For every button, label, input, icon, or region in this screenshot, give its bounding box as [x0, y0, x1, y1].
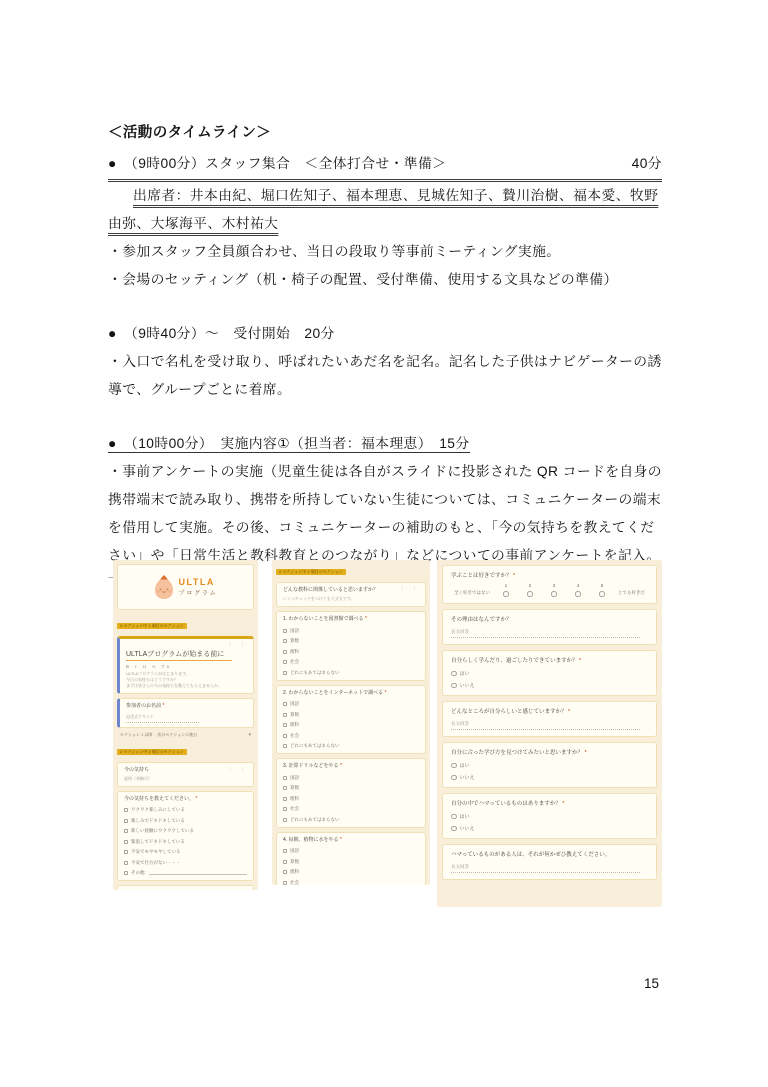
checkbox-option-row: 楽しみでドキドキしている — [124, 818, 247, 824]
scale-step: 2 — [518, 583, 542, 597]
timeline-heading: ＜活動のタイムライン＞ — [108, 121, 662, 145]
checkbox-icon — [124, 871, 128, 875]
checkbox-icon — [283, 639, 287, 643]
radio-icon — [451, 683, 457, 689]
checkbox-icon — [283, 786, 287, 790]
required-mark: * — [513, 573, 515, 579]
checkbox-icon — [124, 819, 128, 823]
page-number: 15 — [644, 976, 659, 991]
question-title: どんなところが自分らしいと感じていますか？ * — [451, 708, 648, 716]
scale-right-label: とても好きだ — [616, 590, 647, 596]
checkbox-icon — [283, 881, 287, 885]
checkbox-option-row: 社会 — [283, 880, 419, 886]
checkbox-icon — [283, 723, 287, 727]
checkbox-option-row-other: その他: — [124, 870, 247, 876]
checkbox-icon — [124, 808, 128, 812]
section-title: どんな教科に関係していると思いますか？ — [283, 587, 419, 594]
section3-title: ● （10時00分） 実施内容①（担当者：福本理恵） 15分 — [108, 436, 470, 453]
radio-icon — [599, 591, 605, 597]
section1-bullet-2: ・会場のセッティング（机・椅子の配置、受付準備、使用する文具などの準備） — [108, 266, 662, 294]
question-title: 3. 計算ドリルなどをやる * — [283, 763, 419, 770]
checkbox-icon — [283, 860, 287, 864]
radio-icon — [451, 763, 457, 769]
form-title: ULTLAプログラムが始まる前に — [126, 650, 232, 661]
checkbox-option-row: どれにもあてはまらない — [283, 817, 419, 823]
question-title: 1. わからないことを図書館で調べる * — [283, 616, 419, 623]
section-tag: 2 セクション中 1 個目のセクション — [117, 623, 187, 629]
checkbox-icon — [283, 671, 287, 675]
question-title: 参加者のお名前 * — [126, 703, 247, 710]
subject-question-card: 4. 毎朝、植物に水をやる * 国語 算数 理科 社会 どれにもあてはまらない — [276, 832, 426, 886]
radio-option-row: はい — [451, 763, 648, 769]
radio-option-row: いいえ — [451, 683, 648, 689]
checkbox-icon — [283, 818, 287, 822]
required-mark: * — [585, 750, 587, 756]
brand-name: ULTLA — [179, 577, 218, 587]
text-format-toolbar: B I U ∞ Tx — [126, 664, 247, 669]
required-mark: * — [562, 801, 564, 807]
radio-icon — [451, 775, 457, 781]
checkbox-icon — [283, 713, 287, 717]
yesno-question-card: 自分に合った学び方を見つけてみたいと思いますか？ * はい いいえ — [442, 742, 657, 788]
name-question-card: 参加者のお名前 * 記述式テキスト — [117, 698, 254, 728]
survey-screenshot-right: 学ぶことは好きですか？ * 全く好きではない 1 2 3 4 5 とても好きだ … — [437, 560, 662, 907]
checkbox-option-row: 緊張してドキドキしている — [124, 839, 247, 845]
question-title: 学ぶことは好きですか？ * — [451, 572, 648, 580]
more-vertical-icon: ⋮ ⋮ — [228, 766, 248, 772]
section1-duration: 40分 — [632, 150, 662, 178]
checkbox-option-row: ワクワク楽しみにしている — [124, 807, 247, 813]
checkbox-icon — [124, 861, 128, 865]
checkbox-option-row: 国語 — [283, 775, 419, 781]
radio-option-row: はい — [451, 814, 648, 820]
long-answer-field: 長文回答 — [451, 721, 640, 730]
document-body: ＜活動のタイムライン＞ ● （9時00分）スタッフ集合 ＜全体打合せ・準備＞ 4… — [108, 121, 662, 598]
checkbox-icon — [283, 734, 287, 738]
checkbox-option-row: 算数 — [283, 785, 419, 791]
other-answer-line — [149, 871, 247, 875]
checkbox-option-row: 理科 — [283, 869, 419, 875]
checkbox-icon — [283, 650, 287, 654]
subject-question-card: 2. わからないことをインターネットで調べる * 国語 算数 理科 社会 どれに… — [276, 685, 426, 755]
subjects-header-card: ⋮ ⋮ どんな教科に関係していると思いますか？ いくつチェックをつけても大丈夫で… — [276, 582, 426, 607]
checkbox-option-row: 算数 — [283, 638, 419, 644]
checkbox-icon — [124, 829, 128, 833]
required-mark: * — [340, 837, 342, 843]
section-tag: 2 セクション中 2 個目のセクション — [276, 569, 346, 575]
checkbox-option-row: 不安でモヤモヤしている — [124, 849, 247, 855]
form-title-card: ⋮ ⋮ ULTLAプログラムが始まる前に B I U ∞ Tx ULTLAプログ… — [117, 636, 254, 694]
checkbox-icon — [283, 849, 287, 853]
required-mark: * — [365, 616, 367, 622]
checkbox-option-row: 社会 — [283, 659, 419, 665]
checkbox-option-row: 国語 — [283, 848, 419, 854]
checkbox-option-row: 理科 — [283, 722, 419, 728]
checkbox-icon — [283, 797, 287, 801]
checkbox-option-row: 算数 — [283, 712, 419, 718]
section-nav-row: セクション 1 以降 次のセクションに進む ▾ — [120, 732, 251, 738]
checkbox-option-row: 理科 — [283, 796, 419, 802]
yesno-question-card: 自分らしく学んだり、過ごしたりできていますか？ * はい いいえ — [442, 650, 657, 696]
yesno-question-card: 自分の中でハマっているものはありますか？ * はい いいえ — [442, 793, 657, 839]
section2-title: ● （9時40分）～ 受付開始 20分 — [108, 320, 662, 348]
scale-step: 4 — [566, 583, 590, 597]
reason-text-card: その理由はなんですか？ 長文回答 — [442, 609, 657, 645]
checkbox-option-row: 算数 — [283, 859, 419, 865]
required-mark: * — [195, 796, 197, 802]
nav-label: セクション 1 以降 — [120, 732, 152, 738]
radio-icon — [451, 671, 457, 677]
radio-icon — [503, 591, 509, 597]
question-title: その理由はなんですか？ — [451, 616, 648, 624]
checkbox-icon — [283, 776, 287, 780]
checkbox-icon — [283, 629, 287, 633]
short-answer-field: 記述式テキスト — [126, 714, 199, 723]
scale-left-label: 全く好きではない — [452, 590, 492, 596]
scale-step: 5 — [590, 583, 614, 597]
brand-sub: プログラム — [179, 588, 218, 597]
section-desc: 説明（省略可） — [124, 776, 247, 782]
survey-screenshot-middle: 2 セクション中 2 個目のセクション ⋮ ⋮ どんな教科に関係していると思いま… — [272, 560, 430, 885]
checkbox-option-row: 社会 — [283, 733, 419, 739]
checkbox-icon — [124, 840, 128, 844]
chevron-down-icon: ▾ — [248, 732, 251, 738]
scale-step: 1 — [494, 583, 518, 597]
attendees-text: 出席者：井本由紀、堀口佐知子、福本理恵、見城佐知子、贄川治樹、福本愛、牧野由弥、… — [108, 188, 658, 231]
checkbox-option-row: どれにもあてはまらない — [283, 670, 419, 676]
checkbox-option-row: 不安で仕方がない・・・ — [124, 860, 247, 866]
checkbox-option-row: 国語 — [283, 628, 419, 634]
checkbox-icon — [283, 807, 287, 811]
section-desc: いくつチェックをつけても大丈夫です。 — [283, 596, 419, 602]
required-mark: * — [162, 703, 164, 709]
section1-title: ● （9時00分）スタッフ集合 ＜全体打合せ・準備＞ — [108, 150, 446, 178]
long-answer-field: 長文回答 — [451, 864, 640, 873]
question-title: 2. わからないことをインターネットで調べる * — [283, 690, 419, 697]
section1-title-row: ● （9時00分）スタッフ集合 ＜全体打合せ・準備＞ 40分 — [108, 150, 662, 182]
radio-option-row: いいえ — [451, 775, 648, 781]
more-vertical-icon: ⋮ ⋮ — [228, 642, 248, 648]
required-mark: * — [340, 763, 342, 769]
survey-screenshot-left: ULTLA プログラム 2 セクション中 1 個目のセクション ⋮ ⋮ ULTL… — [113, 560, 258, 890]
question-title: ハマっているものがある人は、それが何かぜひ教えてください。 — [451, 851, 648, 859]
ultla-logo-text: ULTLA プログラム — [179, 577, 218, 598]
radio-option-row: いいえ — [451, 826, 648, 832]
section2-bullet-1: ・入口で名札を受け取り、呼ばれたいあだ名を記名。記名した子供はナビゲーターの誘導… — [108, 348, 662, 404]
self-text-card: どんなところが自分らしいと感じていますか？ * 長文回答 — [442, 701, 657, 737]
radio-icon — [451, 826, 457, 832]
document-page: ＜活動のタイムライン＞ ● （9時00分）スタッフ集合 ＜全体打合せ・準備＞ 4… — [0, 0, 768, 1087]
radio-icon — [575, 591, 581, 597]
required-mark: * — [385, 690, 387, 696]
checkbox-option-row: 国語 — [283, 701, 419, 707]
subject-question-card: 3. 計算ドリルなどをやる * 国語 算数 理科 社会 どれにもあてはまらない — [276, 758, 426, 828]
percent-scale-card: 今の気持ちにあるワクワク（期待）度は何パーセントですか？ * 数字で選んでくださ… — [117, 885, 254, 890]
checkbox-icon — [283, 660, 287, 664]
hobby-text-card: ハマっているものがある人は、それが何かぜひ教えてください。 長文回答 — [442, 844, 657, 880]
section-tag: 2 セクション中 2 個目のセクション — [117, 749, 187, 755]
attendees-line: 出席者：井本由紀、堀口佐知子、福本理恵、見城佐知子、贄川治樹、福本愛、牧野由弥、… — [108, 182, 662, 238]
subject-question-card: 1. わからないことを図書館で調べる * 国語 算数 理科 社会 どれにもあては… — [276, 611, 426, 681]
mood-question-card: 今の気持ちを教えてください。 * ワクワク楽しみにしている 楽しみでドキドキして… — [117, 791, 254, 882]
more-vertical-icon: ⋮ ⋮ — [400, 586, 420, 592]
question-title: 自分らしく学んだり、過ごしたりできていますか？ * — [451, 657, 648, 665]
required-mark: * — [568, 709, 570, 715]
checkbox-icon — [124, 850, 128, 854]
like-learning-scale-card: 学ぶことは好きですか？ * 全く好きではない 1 2 3 4 5 とても好きだ — [442, 565, 657, 604]
checkbox-option-row: どれにもあてはまらない — [283, 743, 419, 749]
checkbox-icon — [283, 744, 287, 748]
checkbox-option-row: 理科 — [283, 649, 419, 655]
nav-action: 次のセクションに進む — [157, 732, 197, 738]
question-title: 4. 毎朝、植物に水をやる * — [283, 837, 419, 844]
linear-scale-5: 全く好きではない 1 2 3 4 5 とても好きだ — [451, 583, 648, 597]
checkbox-icon — [283, 870, 287, 874]
section1-bullet-1: ・参加スタッフ全員顔合わせ、当日の段取り等事前ミーティング実施。 — [108, 238, 662, 266]
section3-title-row: ● （10時00分） 実施内容①（担当者：福本理恵） 15分 — [108, 430, 662, 458]
radio-option-row: はい — [451, 671, 648, 677]
long-answer-field: 長文回答 — [451, 629, 640, 638]
required-mark: * — [579, 658, 581, 664]
checkbox-option-row: 新しい経験にワクワクしている — [124, 828, 247, 834]
checkbox-icon — [283, 702, 287, 706]
question-title: 自分の中でハマっているものはありますか？ * — [451, 800, 648, 808]
scale-step: 3 — [542, 583, 566, 597]
question-title: 今の気持ちを教えてください。 * — [124, 796, 247, 803]
ultla-mascot-icon — [154, 574, 174, 600]
checkbox-option-row: 社会 — [283, 806, 419, 812]
form-logo-card: ULTLA プログラム — [117, 564, 254, 610]
radio-icon — [451, 814, 457, 820]
mood-header-card: ⋮ ⋮ 今の気持ち 説明（省略可） — [117, 762, 254, 787]
radio-icon — [551, 591, 557, 597]
radio-icon — [527, 591, 533, 597]
question-title: 自分に合った学び方を見つけてみたいと思いますか？ * — [451, 749, 648, 757]
ultla-logo: ULTLA プログラム — [154, 574, 218, 600]
form-desc-line: まずは皆さんの今の気持ちを教えてもらえませんか。 — [126, 683, 247, 689]
